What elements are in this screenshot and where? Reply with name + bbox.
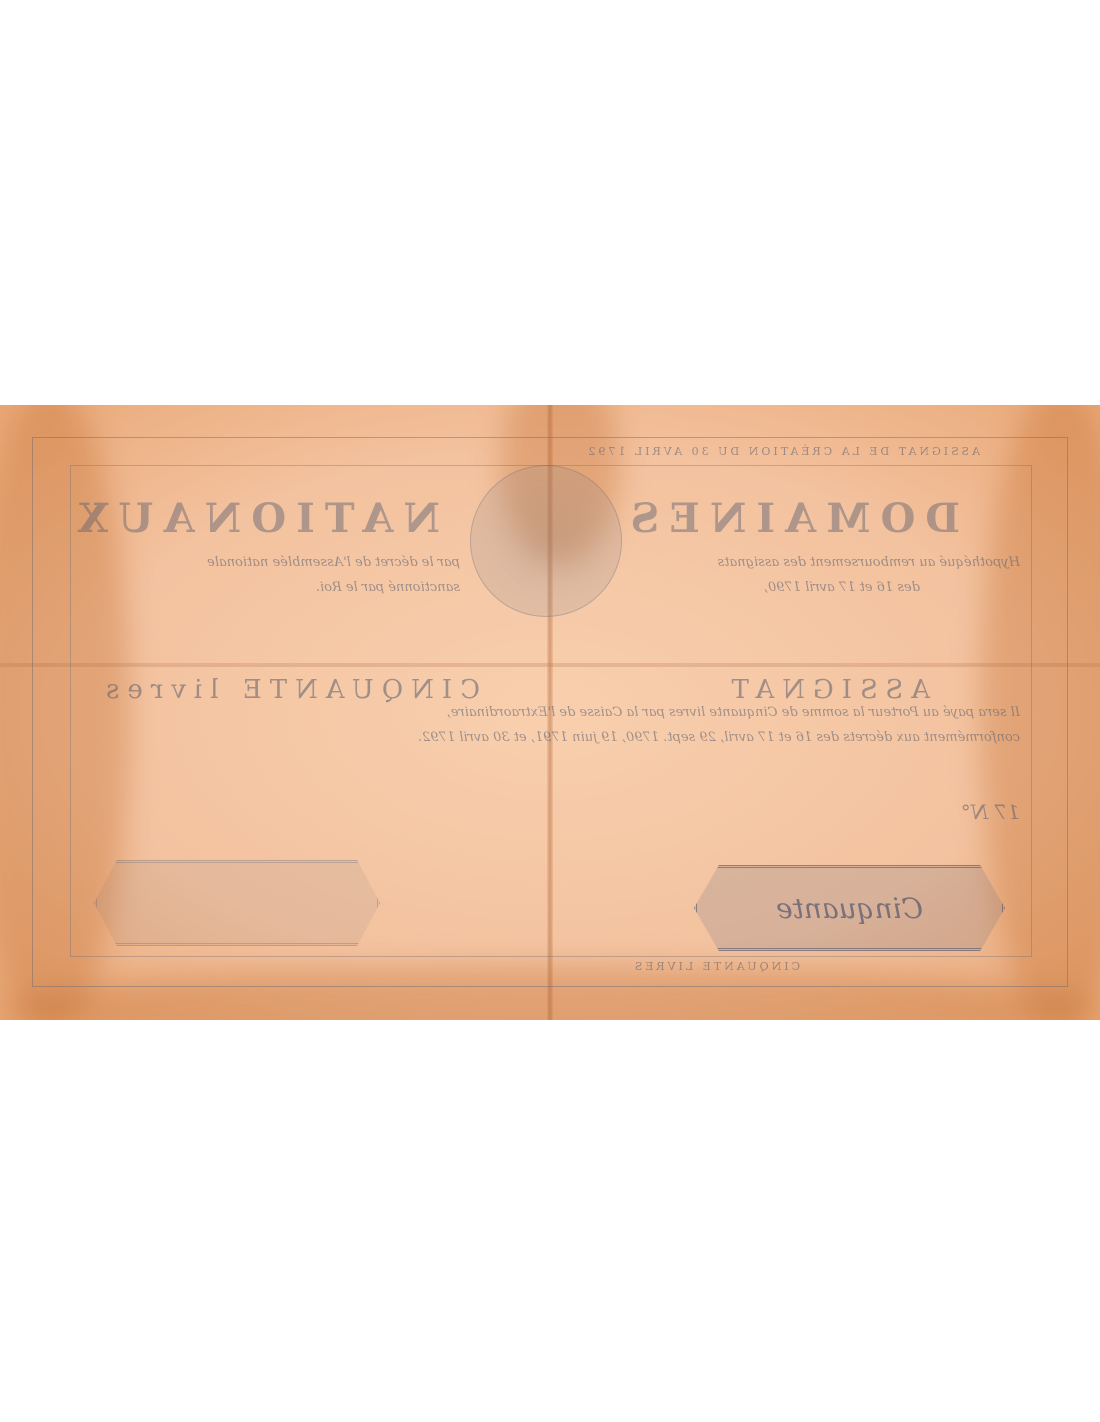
- serial-label: N°: [961, 800, 989, 824]
- value-word: CINQUANTE livres: [98, 675, 480, 705]
- assignat-word: ASSIGNAT: [724, 675, 930, 705]
- body-line-2: conformément aux décrets des 16 et 17 av…: [418, 730, 1020, 745]
- bottom-band-text: CINQUANTE LIVRES: [632, 960, 800, 973]
- hypotheque-line-2: des 16 et 17 avril 1790,: [764, 580, 920, 595]
- top-band-text: ASSIGNAT DE LA CRÉATION DU 30 AVRIL 1792: [585, 445, 980, 458]
- medallion: [470, 465, 622, 617]
- serial-number: 17 N°: [961, 800, 1020, 824]
- hypotheque-line-2b: sanctionné par le Roi.: [316, 580, 460, 595]
- title-domaines: DOMAINES: [621, 495, 961, 542]
- hypotheque-line-1b: par le décret de l'Assemblée nationale: [207, 555, 460, 570]
- body-line-1: Il sera payé au Porteur la somme de Cinq…: [447, 705, 1020, 720]
- title-nationaux: NATIONAUX: [68, 495, 440, 542]
- value-cartouche: Cinquante: [694, 865, 1005, 951]
- serial-prefix: 17: [995, 800, 1020, 824]
- show-through-print: ASSIGNAT DE LA CRÉATION DU 30 AVRIL 1792…: [0, 405, 1100, 1020]
- seal-cartouche: [94, 860, 380, 946]
- hypotheque-line-1: Hypothéqué au remboursement des assignat…: [718, 555, 1020, 570]
- banknote: ASSIGNAT DE LA CRÉATION DU 30 AVRIL 1792…: [0, 405, 1100, 1020]
